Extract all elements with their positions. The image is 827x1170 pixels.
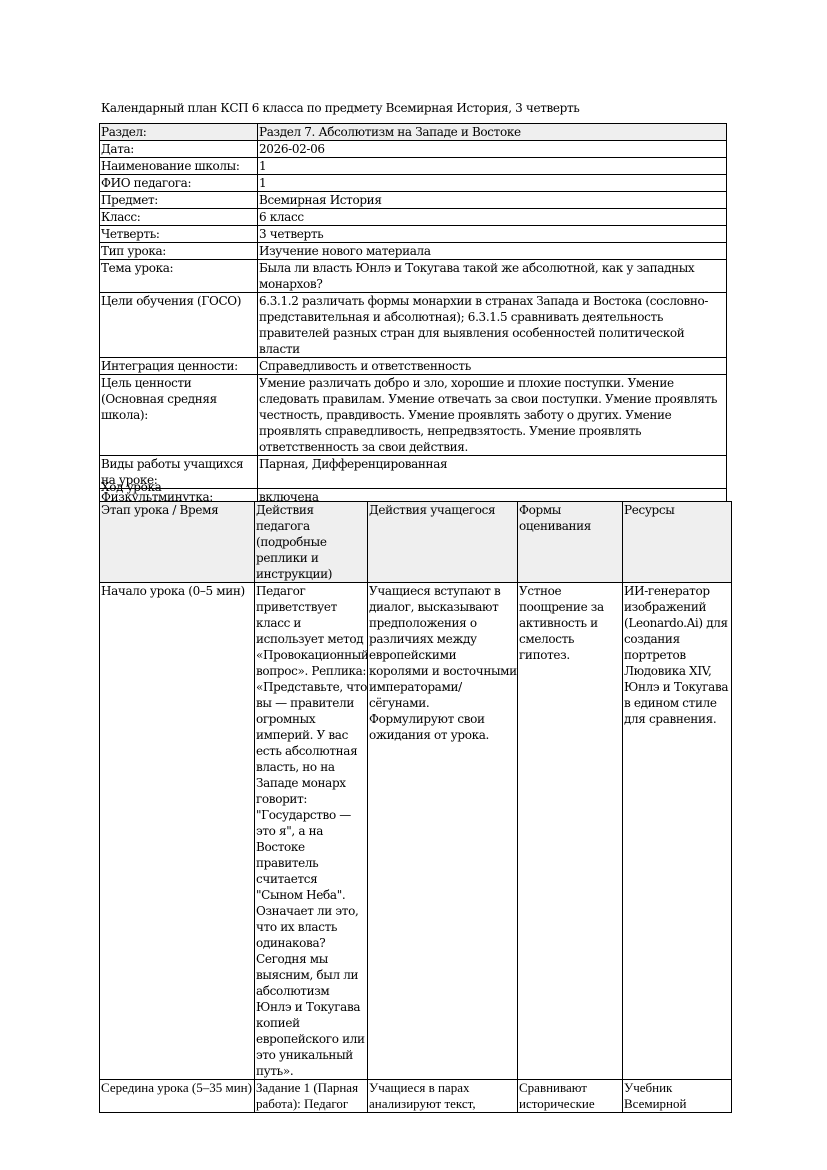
column-header-assessment: Формы оценивания — [518, 502, 623, 583]
table-row: Начало урока (0–5 мин) Педагог приветств… — [100, 583, 732, 1080]
info-label: Цели обучения (ГОСО) — [100, 293, 258, 358]
info-value: Была ли власть Юнлэ и Токугава такой же … — [258, 260, 727, 293]
info-row-learning-goals: Цели обучения (ГОСО) 6.3.1.2 различать ф… — [100, 293, 727, 358]
info-value: 1 — [258, 175, 727, 192]
column-header-resources: Ресурсы — [623, 502, 732, 583]
info-value: Изучение нового материала — [258, 243, 727, 260]
column-header-student-actions: Действия учащегося — [368, 502, 518, 583]
column-header-stage: Этап урока / Время — [100, 502, 255, 583]
table-header-row: Этап урока / Время Действия педагога (по… — [100, 502, 732, 583]
cell-stage: Начало урока (0–5 мин) — [100, 583, 255, 1080]
info-row-teacher: ФИО педагога: 1 — [100, 175, 727, 192]
info-row-topic: Тема урока: Была ли власть Юнлэ и Токуга… — [100, 260, 727, 293]
info-row-work-types: Виды работы учащихся на уроке: Парная, Д… — [100, 456, 727, 489]
info-value: Умение различать добро и зло, хорошие и … — [258, 375, 727, 456]
info-row-quarter: Четверть: 3 четверть — [100, 226, 727, 243]
info-value: 6.3.1.2 различать формы монархии в стран… — [258, 293, 727, 358]
info-row-value-integration: Интеграция ценности: Справедливость и от… — [100, 358, 727, 375]
info-label: Предмет: — [100, 192, 258, 209]
info-label: Тип урока: — [100, 243, 258, 260]
info-value: Всемирная История — [258, 192, 727, 209]
info-row-subject: Предмет: Всемирная История — [100, 192, 727, 209]
info-value: 6 класс — [258, 209, 727, 226]
info-row-lesson-type: Тип урока: Изучение нового материала — [100, 243, 727, 260]
info-label: Цель ценности (Основная средняя школа): — [100, 375, 258, 456]
cell-student-actions: Учащиеся в парах анализируют текст, — [368, 1080, 518, 1113]
info-label: Класс: — [100, 209, 258, 226]
table-row: Середина урока (5–35 мин) Задание 1 (Пар… — [100, 1080, 732, 1113]
lesson-flow-table: Этап урока / Время Действия педагога (по… — [99, 501, 732, 1113]
info-label: Интеграция ценности: — [100, 358, 258, 375]
info-value: Парная, Дифференцированная — [258, 456, 727, 489]
info-row-section: Раздел: Раздел 7. Абсолютизм на Западе и… — [100, 124, 727, 141]
cell-teacher-actions: Педагог приветствует класс и использует … — [255, 583, 368, 1080]
info-label: Наименование школы: — [100, 158, 258, 175]
cell-stage: Середина урока (5–35 мин) — [100, 1080, 255, 1113]
info-label: Тема урока: — [100, 260, 258, 293]
info-label: Раздел: — [100, 124, 258, 141]
info-row-value-goal: Цель ценности (Основная средняя школа): … — [100, 375, 727, 456]
info-label: Дата: — [100, 141, 258, 158]
info-value: 1 — [258, 158, 727, 175]
info-value: Раздел 7. Абсолютизм на Западе и Востоке — [258, 124, 727, 141]
info-value: 2026-02-06 — [258, 141, 727, 158]
cell-assessment: Устное поощрение за активность и смелост… — [518, 583, 623, 1080]
section-heading-lesson-flow: Ход урока — [101, 479, 161, 495]
lesson-info-table: Раздел: Раздел 7. Абсолютизм на Западе и… — [99, 123, 727, 506]
page-title: Календарный план КСП 6 класса по предмет… — [101, 100, 579, 116]
cell-resources: Учебник Всемирной — [623, 1080, 732, 1113]
cell-resources: ИИ-генератор изображений (Leonardo.Ai) д… — [623, 583, 732, 1080]
cell-assessment: Сравнивают исторические — [518, 1080, 623, 1113]
cell-student-actions: Учащиеся вступают в диалог, высказывают … — [368, 583, 518, 1080]
info-row-grade: Класс: 6 класс — [100, 209, 727, 226]
info-label: Четверть: — [100, 226, 258, 243]
column-header-teacher-actions: Действия педагога (подробные реплики и и… — [255, 502, 368, 583]
cell-teacher-actions: Задание 1 (Парная работа): Педагог — [255, 1080, 368, 1113]
info-row-date: Дата: 2026-02-06 — [100, 141, 727, 158]
info-value: 3 четверть — [258, 226, 727, 243]
info-label: ФИО педагога: — [100, 175, 258, 192]
info-value: Справедливость и ответственность — [258, 358, 727, 375]
info-row-school: Наименование школы: 1 — [100, 158, 727, 175]
